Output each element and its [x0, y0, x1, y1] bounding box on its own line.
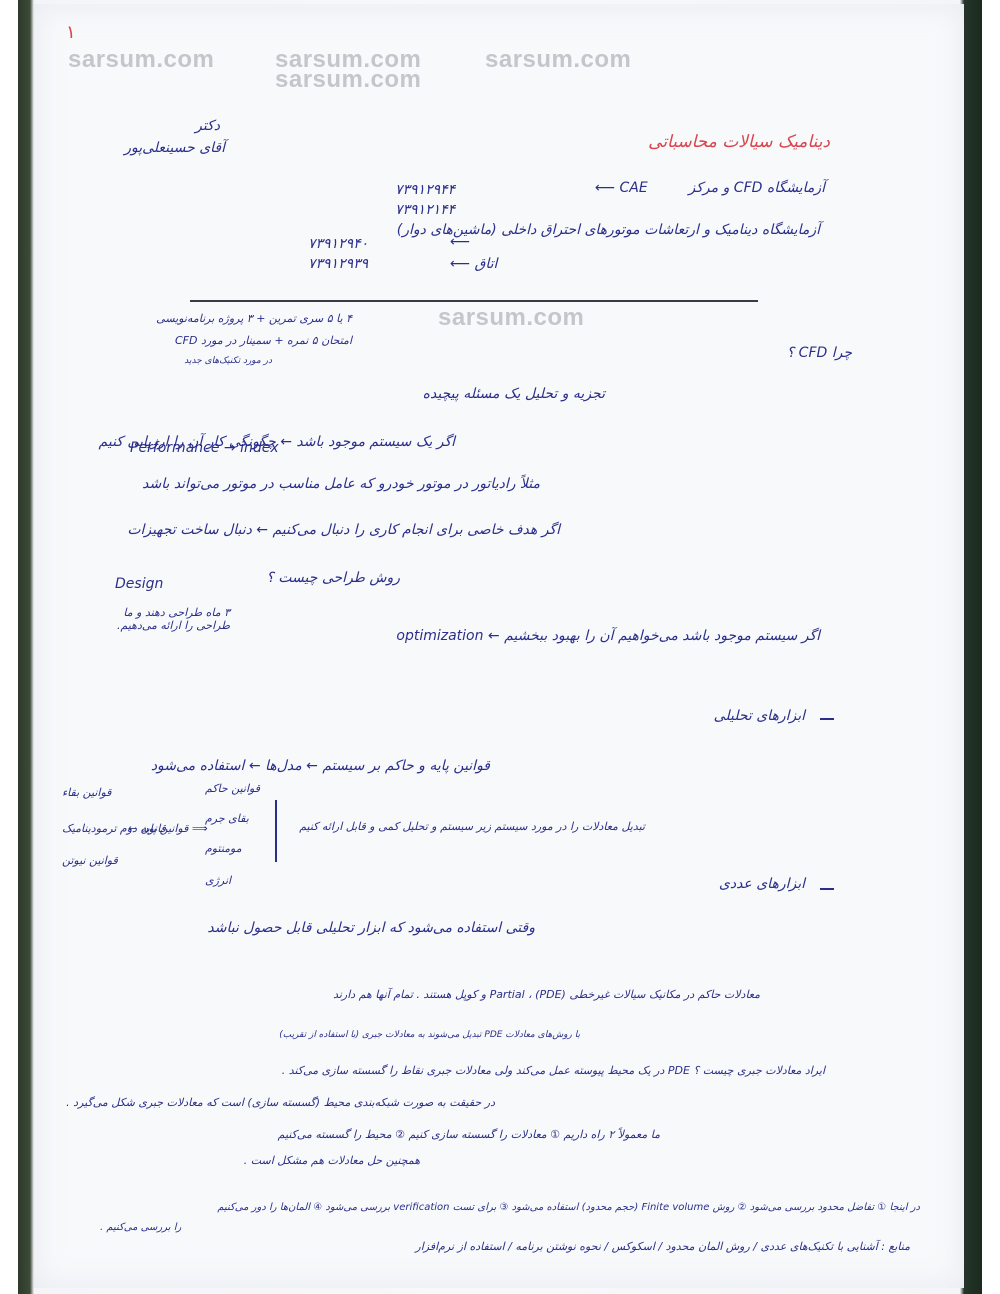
line-meshing: در حقیقت به صورت شبکه‌بندی محیط (گسسته س…	[66, 1096, 495, 1109]
line-governing-laws: قوانین پایه و حاکم بر سیستم ← مدل‌ها ← ا…	[151, 758, 490, 774]
page-number: ١	[66, 22, 76, 43]
bullet-dash	[820, 718, 834, 720]
line-methods-cont: را بررسی می‌کنیم .	[100, 1222, 181, 1233]
left-law-1: قوانین بقاء	[62, 786, 111, 799]
left-law-3: قوانین نیوتن	[62, 854, 118, 867]
numeric-tools-heading: ابزارهای عددی	[719, 876, 805, 892]
watermark: sarsum.com	[275, 66, 421, 94]
why-cfd-heading: چرا CFD ؟	[787, 345, 852, 361]
cae-arrow: ⟵ CAE	[595, 180, 648, 196]
arrow-icon: ⟵	[450, 234, 470, 250]
grading-line-2: امتحان ۵ نمره + سمینار در مورد CFD	[175, 334, 352, 347]
mid-list-2: بقای جرم	[205, 812, 249, 825]
design-note: ۳ ماه طراحی دهند و ما طراحی را ارائه می‌…	[110, 606, 230, 632]
grading-line-3: در مورد تکنیک‌های جدید	[184, 356, 272, 366]
line-transform-equations: تبدیل معادلات را در مورد سیستم زیر سیستم…	[299, 820, 645, 833]
phone-3: ۷۳۹۱۲۹۴۰	[308, 236, 368, 252]
laws-arrow: ← قوانین پایه ⟹	[128, 822, 208, 835]
course-title: دینامیک سیالات محاسباتی	[648, 132, 830, 152]
bracket-line	[275, 800, 277, 862]
line-algebraic-issue: ایراد معادلات جبری چیست ؟ PDE در یک محیط…	[282, 1064, 825, 1077]
cae-tag: CAE	[620, 180, 648, 196]
room-label: اتاق	[475, 256, 498, 272]
grading-line-1: ۴ یا ۵ سری تمرین + ۳ پروژه برنامه‌نویسی	[156, 312, 352, 325]
laws-arrow-label: قوانین پایه	[141, 822, 189, 835]
line-specific-goal: اگر هدف خاصی برای انجام کاری را دنبال می…	[127, 522, 560, 538]
design-label: Design	[115, 576, 163, 592]
line-pde-transform: با روش‌های معادلات PDE تبدیل می‌شوند به …	[279, 1030, 580, 1040]
watermark: sarsum.com	[438, 304, 584, 332]
lab-cfd-cae: آزمایشگاه CFD و مرکز	[689, 180, 825, 196]
bullet-dash	[820, 888, 834, 890]
watermark: sarsum.com	[68, 46, 214, 74]
divider-line	[190, 300, 758, 302]
phone-2: ۷۳۹۱۲۱۴۴	[395, 202, 455, 218]
line-design-method: روش طراحی چیست ؟	[266, 570, 400, 586]
mid-list-1: قوانین حاکم	[205, 782, 260, 795]
line-optimization: اگر سیستم موجود باشد می‌خواهیم آن را بهب…	[396, 628, 820, 644]
watermark: sarsum.com	[485, 46, 631, 74]
line-solving-difficulty: همچنین حل معادلات هم مشکل است .	[244, 1154, 420, 1167]
line-two-ways: ما معمولاً ۲ راه داریم ① معادلات را گسست…	[278, 1128, 660, 1141]
line-numeric-use: وقتی استفاده می‌شود که ابزار تحلیلی قابل…	[207, 920, 535, 936]
mid-list-3: مومنتوم	[205, 842, 242, 855]
instructor-name: آقای حسینعلی‌پور	[124, 140, 225, 156]
phone-1: ۷۳۹۱۲۹۴۴	[395, 182, 455, 198]
line-analysis: تجزیه و تحلیل یک مسئله پیچیده	[423, 386, 605, 402]
line-pde-nonlinear: معادلات حاکم در مکانیک سیالات غیرخطی (PD…	[333, 988, 760, 1001]
instructor-label: دکتر	[195, 118, 220, 134]
line-radiator: مثلاً رادیاتور در موتور خودرو که عامل من…	[142, 476, 540, 492]
phone-4: ۷۳۹۱۲۹۳۹	[308, 256, 368, 272]
mid-list-4: انرژی	[205, 874, 231, 887]
arrow-icon: ⟵ اتاق	[450, 256, 497, 272]
line-references: منابع : آشنایی با تکنیک‌های عددی / روش ا…	[415, 1240, 910, 1253]
analytic-tools-heading: ابزارهای تحلیلی	[714, 708, 805, 724]
line-existing-system: اگر یک سیستم موجود باشد ← چگونگی کار آن …	[99, 434, 455, 450]
line-methods: در اینجا ① تفاضل محدود بررسی می‌شود ② رو…	[217, 1202, 920, 1213]
